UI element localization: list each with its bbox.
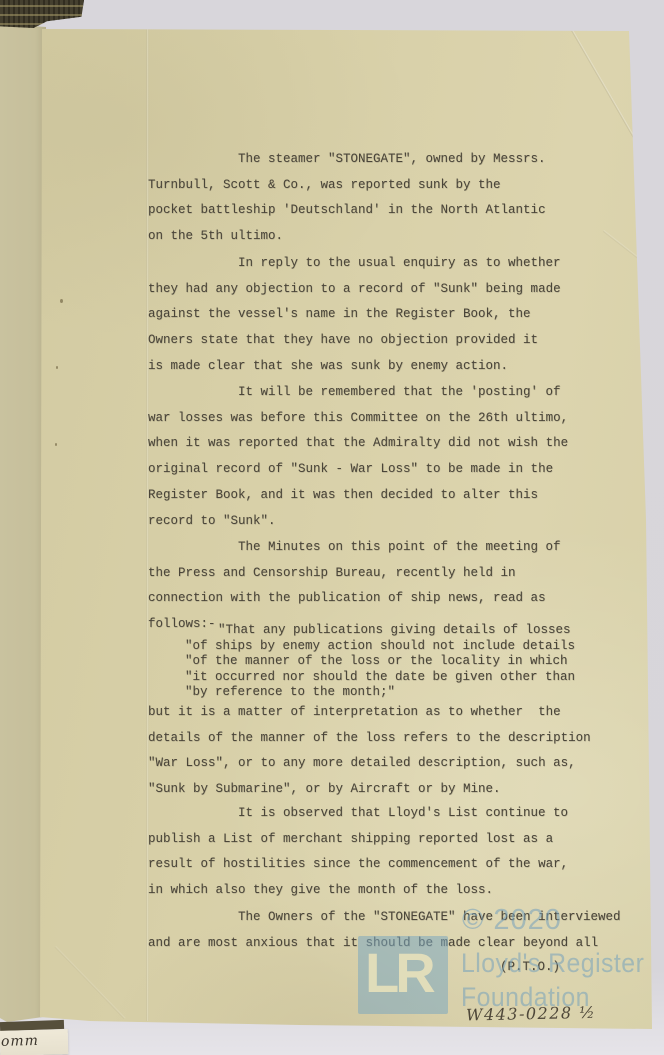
text-line: It is observed that Lloyd's List continu…	[148, 801, 568, 827]
paragraph-interpretation: but it is a matter of interpretation as …	[148, 700, 591, 803]
quote-line: "of ships by enemy action should not inc…	[185, 639, 575, 655]
paper-speck	[55, 443, 57, 446]
text-line: Turnbull, Scott & Co., was reported sunk…	[148, 173, 546, 199]
paper-speck	[56, 366, 58, 369]
quoted-minute-block: "That any publications giving details of…	[185, 623, 575, 701]
quote-line: "it occurred nor should the date be give…	[185, 670, 575, 686]
paragraph-lloyds-list: It is observed that Lloyd's List continu…	[148, 801, 568, 904]
newsprint-fragment	[0, 0, 84, 28]
lr-logo: LR	[358, 936, 448, 1014]
watermark-lloyds-register: Lloyd's Register	[461, 948, 644, 979]
paragraph-stonegate-sunk: The steamer "STONEGATE", owned by Messrs…	[148, 147, 546, 250]
bottom-crease	[55, 946, 126, 1019]
paragraph-posting-war-losses: It will be remembered that the 'posting'…	[148, 380, 568, 534]
quote-line: "of the manner of the loss or the locali…	[185, 654, 575, 670]
paper-speck	[60, 299, 63, 303]
text-line: in which also they give the month of the…	[148, 878, 568, 904]
text-line: "War Loss", or to any more detailed desc…	[148, 751, 591, 777]
text-line: when it was reported that the Admiralty …	[148, 431, 568, 457]
paragraph-owners-reply: In reply to the usual enquiry as to whet…	[148, 251, 561, 380]
text-line: war losses was before this Committee on …	[148, 406, 568, 432]
quote-line: "That any publications giving details of…	[185, 623, 575, 639]
text-line: connection with the publication of ship …	[148, 586, 561, 612]
lr-logo-letters: LR	[365, 943, 432, 1003]
text-line: Register Book, and it was then decided t…	[148, 483, 568, 509]
watermark-copyright: © 2020	[462, 904, 562, 937]
text-line: record to "Sunk".	[148, 509, 568, 535]
text-line: It will be remembered that the 'posting'…	[148, 380, 568, 406]
text-line: Owners state that they have no objection…	[148, 328, 561, 354]
text-line: original record of "Sunk - War Loss" to …	[148, 457, 568, 483]
text-line: pocket battleship 'Deutschland' in the N…	[148, 198, 546, 224]
text-line: the Press and Censorship Bureau, recentl…	[148, 561, 561, 587]
text-line: The Minutes on this point of the meeting…	[148, 535, 561, 561]
text-line: details of the manner of the loss refers…	[148, 726, 591, 752]
text-line: "Sunk by Submarine", or by Aircraft or b…	[148, 777, 591, 803]
text-line: In reply to the usual enquiry as to whet…	[148, 251, 561, 277]
text-line: they had any objection to a record of "S…	[148, 277, 561, 303]
text-line: is made clear that she was sunk by enemy…	[148, 354, 561, 380]
fragment-text: omm	[1, 1033, 39, 1050]
text-line: result of hostilities since the commence…	[148, 852, 568, 878]
text-line: on the 5th ultimo.	[148, 224, 546, 250]
text-line: The steamer "STONEGATE", owned by Messrs…	[148, 147, 546, 173]
text-line: publish a List of merchant shipping repo…	[148, 827, 568, 853]
corner-crease	[571, 30, 652, 168]
text-line: but it is a matter of interpretation as …	[148, 700, 591, 726]
reference-annotation: W443-0228 ½	[466, 1003, 606, 1025]
document-page: The steamer "STONEGATE", owned by Messrs…	[0, 0, 664, 1055]
quote-line: "by reference to the month;"	[185, 685, 575, 701]
printed-page-fragment: omm	[0, 1029, 68, 1055]
scanned-document: The steamer "STONEGATE", owned by Messrs…	[0, 0, 664, 1055]
text-line: against the vessel's name in the Registe…	[148, 302, 561, 328]
edge-crease	[603, 230, 664, 288]
